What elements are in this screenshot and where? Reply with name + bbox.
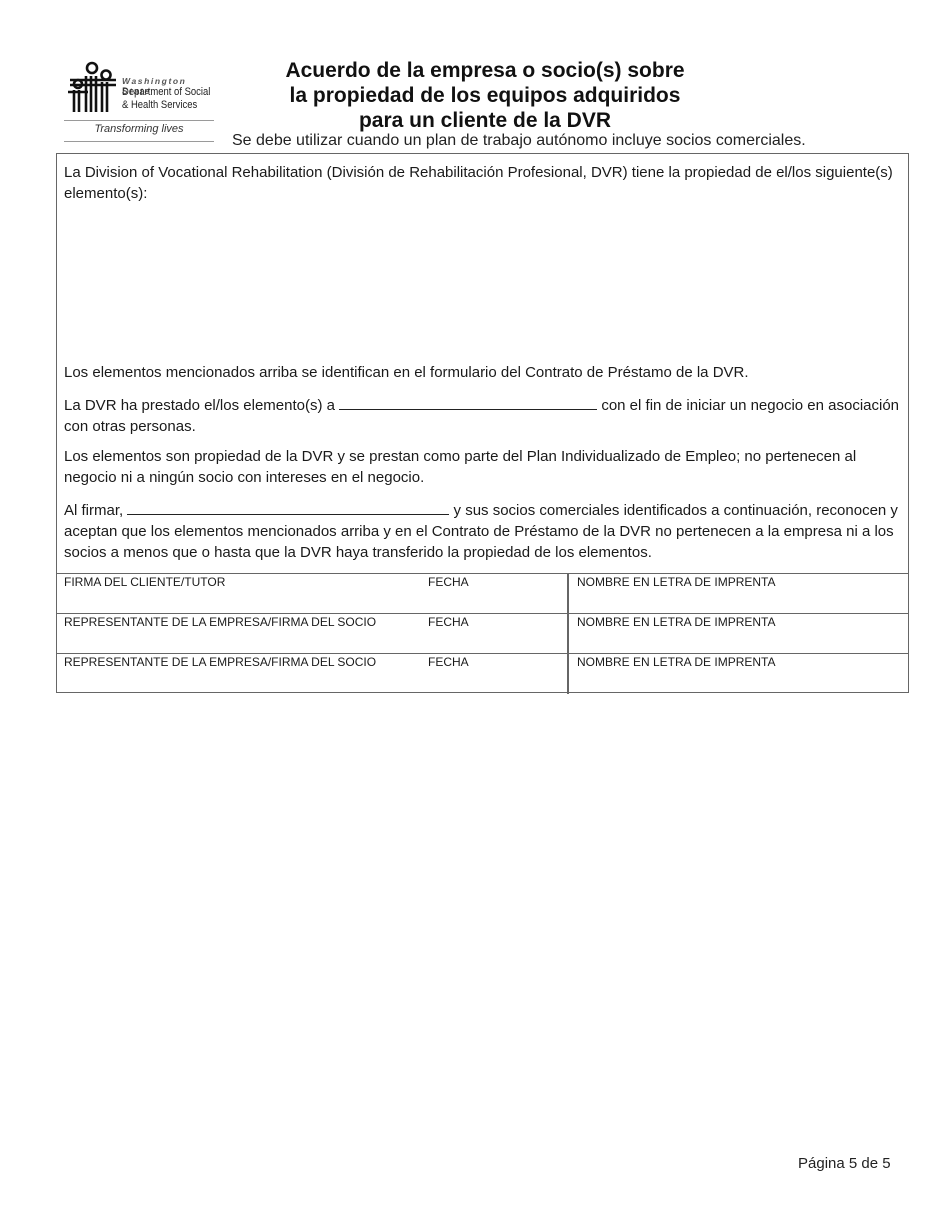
signature-row: REPRESENTANTE DE LA EMPRESA/FIRMA DEL SO…	[56, 613, 909, 653]
page-title: Acuerdo de la empresa o socio(s) sobre l…	[230, 58, 740, 133]
items-field[interactable]	[64, 205, 904, 355]
print-name-label: NOMBRE EN LETRA DE IMPRENTA	[577, 615, 775, 629]
logo-divider	[64, 120, 214, 121]
signing-prefix: Al firmar,	[64, 502, 123, 519]
signature-label: REPRESENTANTE DE LA EMPRESA/FIRMA DEL SO…	[64, 655, 376, 669]
title-line: para un cliente de la DVR	[230, 108, 740, 133]
signature-row: REPRESENTANTE DE LA EMPRESA/FIRMA DEL SO…	[56, 653, 909, 693]
signature-label: FIRMA DEL CLIENTE/TUTOR	[64, 575, 225, 589]
title-line: la propiedad de los equipos adquiridos	[230, 83, 740, 108]
identified-statement: Los elementos mencionados arriba se iden…	[64, 362, 904, 383]
property-statement: Los elementos son propiedad de la DVR y …	[64, 446, 904, 488]
signing-suffix: y sus socios comerciales identificados a…	[454, 502, 813, 519]
column-divider	[567, 574, 569, 694]
loan-statement-prefix: La DVR ha prestado el/los elemento(s) a	[64, 397, 335, 414]
date-label: FECHA	[428, 655, 469, 669]
logo-department-text: Department of Social & Health Services	[122, 86, 210, 112]
title-line: Acuerdo de la empresa o socio(s) sobre	[230, 58, 740, 83]
date-label: FECHA	[428, 615, 469, 629]
logo-department-line1: Department of Social	[122, 86, 210, 99]
signature-row: FIRMA DEL CLIENTE/TUTOR FECHA NOMBRE EN …	[56, 573, 909, 613]
print-name-label: NOMBRE EN LETRA DE IMPRENTA	[577, 655, 775, 669]
loan-statement: La DVR ha prestado el/los elemento(s) a …	[64, 395, 904, 437]
logo-tagline: Transforming lives	[64, 123, 214, 135]
signing-statement: Al firmar, y sus socios comerciales iden…	[64, 500, 904, 563]
logo-department-line2: & Health Services	[122, 99, 210, 112]
page-subtitle: Se debe utilizar cuando un plan de traba…	[232, 132, 806, 150]
print-name-label: NOMBRE EN LETRA DE IMPRENTA	[577, 575, 775, 589]
date-label: FECHA	[428, 575, 469, 589]
signing-name-field[interactable]	[127, 500, 449, 515]
ownership-intro: La Division of Vocational Rehabilitation…	[64, 162, 904, 204]
page-number: Página 5 de 5	[798, 1155, 891, 1172]
signature-label: REPRESENTANTE DE LA EMPRESA/FIRMA DEL SO…	[64, 615, 376, 629]
family-figures-icon	[66, 60, 120, 114]
logo-divider	[64, 141, 214, 142]
dshs-logo: Washington State Department of Social & …	[64, 58, 216, 146]
loan-recipient-field[interactable]	[339, 395, 597, 410]
